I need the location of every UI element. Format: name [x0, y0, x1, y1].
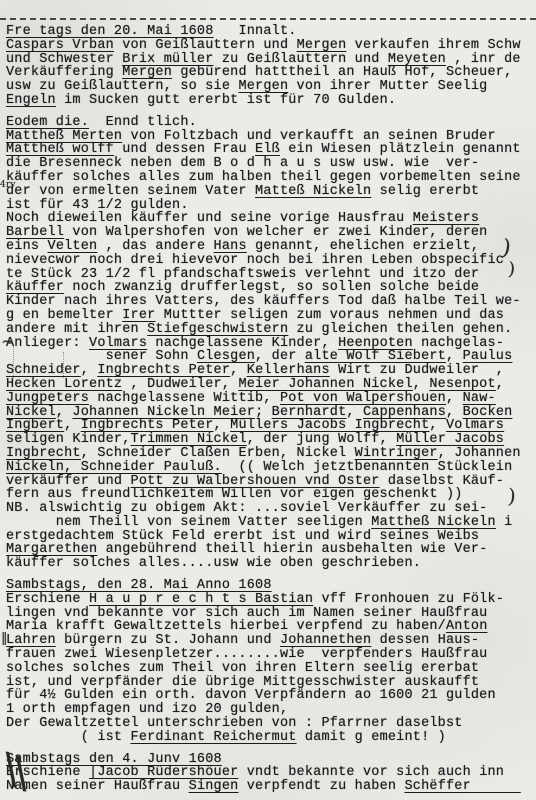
line-text: solches solches zum Theil von ihren Elte… — [6, 661, 479, 676]
underlined-name-text: Engeln — [6, 93, 56, 108]
line-text: verpfendt zu haben — [238, 779, 404, 794]
line-text: selig ererbt — [371, 184, 479, 199]
document-line: 1 orth empfagen und izo 20 gulden, — [6, 703, 536, 717]
line-text: nem Theill von seinem Vatter seeligen — [6, 515, 371, 530]
underlined-name-text: Velten — [48, 239, 98, 254]
underlined-name-text: Trimmen Nickel — [131, 432, 247, 447]
line-text: Erschiene — [6, 592, 89, 607]
line-text: , — [446, 391, 463, 406]
document-line: Eodem die. Ennd tlich. — [6, 116, 536, 130]
line-text: von Geißlauttern und — [114, 38, 297, 53]
document-line: ( ist Ferdinant Reichermut damit g emein… — [6, 731, 536, 745]
underlined-name-text: Mattheß Nickeln — [371, 515, 496, 530]
line-text: , — [496, 377, 504, 392]
line-text: NB. alswichtig zu obigem Akt: ...soviel … — [6, 501, 487, 516]
line-text: die Bresenneck neben dem B o d h a u s u… — [6, 156, 479, 171]
line-text: ( ist — [6, 730, 131, 745]
document-line: Barbell von Walpershofen von welcher er … — [6, 226, 536, 240]
line-text: damit g emeint! ) — [297, 730, 446, 745]
underlined-name-text: Schëffer — [404, 779, 520, 794]
document-line: käuffer solches alles zum halben theil g… — [6, 171, 536, 185]
line-text: vff Fronhouen zu Fölk- — [313, 592, 504, 607]
underlined-name-text: Stiefgeschwistern — [147, 322, 288, 337]
line-text: frauen zwei Wiesenpletzer........wie ver… — [6, 647, 487, 662]
line-text: Muttter seligen zum voraus nehmen und da… — [155, 308, 504, 323]
document-line: Hecken Lorentz , Dudweiler, Meier Johann… — [6, 378, 536, 392]
underlined-name-text: Pot von Walpershouen — [280, 391, 446, 406]
line-text: Innalt. — [214, 24, 297, 39]
line-text: verkaufen ihrem Schw — [346, 38, 520, 53]
document-line: Engeln im Sucken gutt ererbt ist für 70 … — [6, 94, 536, 108]
line-text: käuffer solches alles zum halben theil g… — [6, 170, 521, 185]
line-text: nievecwor noch drei hievevor noch bei ih… — [6, 253, 504, 268]
handwritten-margin-mark: 4rv — [0, 181, 16, 190]
underlined-name-text: Ferdinant Reichermut — [131, 730, 297, 745]
document-line: Ingbrecht, Schneider Claßen Erben, Nicke… — [6, 447, 536, 461]
line-text: Wirt zu Dudweiler , — [330, 363, 504, 378]
line-text: , der jung Wolff, — [247, 432, 396, 447]
line-text: i — [496, 515, 513, 530]
underlined-name-text: Mergen — [297, 38, 347, 53]
document-line: nievecwor noch drei hievevor noch bei ih… — [6, 254, 536, 268]
handwritten-margin-mark: ‖ — [1, 632, 8, 645]
underlined-name-text: Mergen — [238, 79, 288, 94]
line-text: Der Gewaltzettel unterschrieben von : Pf… — [6, 716, 463, 731]
underlined-name-text: Wintringer — [355, 446, 438, 461]
underlined-name-text: Kellerhans — [247, 363, 330, 378]
underlined-name-text: Sambstags, den 28. Mai Anno 1608 — [6, 578, 272, 593]
document-line: Namen seiner Haußfrau Singen verpfendt z… — [6, 780, 536, 794]
torn-edge-dashed-line — [0, 18, 536, 20]
underlined-name-text: Naw- — [463, 391, 496, 406]
line-text: g en bemelter — [6, 308, 122, 323]
line-text: usw zu Geißlauttern, so sie — [6, 79, 238, 94]
line-text: käuffer solches alles....usw wie oben ge… — [6, 556, 421, 571]
line-text: seligen Kinder, — [6, 432, 131, 447]
underlined-name-text: Ingbrecht — [6, 446, 81, 461]
document-line: NB. alswichtig zu obigem Akt: ...soviel … — [6, 502, 536, 516]
scan-artifact-dotted-line — [13, 346, 14, 378]
line-text: , Johannen — [438, 446, 521, 461]
underlined-name-text: Matteß Nickeln — [255, 184, 371, 199]
underlined-name-text: Fre tags den 20. Mai 1608 — [6, 24, 214, 39]
document-line: g en bemelter Irer Muttter seligen zum v… — [6, 309, 536, 323]
document-line: der von ermelten seinem Vater Matteß Nic… — [6, 185, 536, 199]
underlined-name-text: Hecken Lorentz — [6, 377, 122, 392]
scanned-document-page: Fre tags den 20. Mai 1608 Innalt.Caspars… — [0, 0, 536, 800]
underlined-name-text: Müller Jacobs — [396, 432, 504, 447]
underlined-name-text: Nickeln, Schneider Pauluß. — [6, 460, 222, 475]
line-text: Ennd tlich. — [89, 115, 197, 130]
document-line: Kinder nach ihres Vatters, des käuffers … — [6, 295, 536, 309]
document-line: Erschiene H a u p r e c h t s Bastian vf… — [6, 593, 536, 607]
document-line: Sambstags, den 28. Mai Anno 1608 — [6, 579, 536, 593]
scan-artifact-dotted-line — [63, 352, 64, 378]
line-text: 1 orth empfagen und izo 20 gulden, — [6, 702, 288, 717]
underlined-name-text: Schneider — [6, 363, 81, 378]
document-line: solches solches zum Theil von ihren Elte… — [6, 662, 536, 676]
line-text: andere mit ihren — [6, 322, 147, 337]
line-text: von ihrer Mutter Seelig — [288, 79, 487, 94]
line-text: , — [230, 363, 247, 378]
line-text: , das andere — [97, 239, 213, 254]
underlined-name-text: Eodem die. — [6, 115, 89, 130]
document-lines: Fre tags den 20. Mai 1608 Innalt.Caspars… — [6, 25, 536, 794]
document-line: frauen zwei Wiesenpletzer........wie ver… — [6, 648, 536, 662]
line-text: , Schneider Claßen Erben, Nickel — [81, 446, 355, 461]
underlined-name-text: Barbell — [6, 225, 64, 240]
underlined-name-text: H a u p r e c h t s Bastian — [89, 592, 313, 607]
line-text: genannt, ehelichen erzielt, — [247, 239, 479, 254]
line-text: Kinder nach ihres Vatters, des käuffers … — [6, 294, 521, 309]
document-line: usw zu Geißlauttern, so sie Mergen von i… — [6, 80, 536, 94]
line-text: eins — [6, 239, 48, 254]
document-line: seligen Kinder,Trimmen Nickel, der jung … — [6, 433, 536, 447]
underlined-name-text: Meier Johannen Nickel — [238, 377, 412, 392]
document-line: eins Velten , das andere Hans genannt, e… — [6, 240, 536, 254]
line-text: von Walpershofen von welcher er zwei Kin… — [64, 225, 487, 240]
underlined-name-text: Hans — [214, 239, 247, 254]
underlined-name-text: Singen — [189, 779, 239, 794]
document-line: nem Theill von seinem Vatter seeligen Ma… — [6, 516, 536, 530]
line-text: , Dudweiler, — [122, 377, 238, 392]
document-line: Caspars Vrban von Geißlauttern und Merge… — [6, 39, 536, 53]
document-line: käuffer solches alles....usw wie oben ge… — [6, 557, 536, 571]
line-text: (( Welch jetztbenannten Stücklein — [222, 460, 513, 475]
document-line: die Bresenneck neben dem B o d h a u s u… — [6, 157, 536, 171]
underlined-name-text: Caspars Vrban — [6, 38, 114, 53]
document-line: Nickeln, Schneider Pauluß. (( Welch jetz… — [6, 461, 536, 475]
line-text: zu gleichen theilen gehen. — [288, 322, 512, 337]
document-line: Fre tags den 20. Mai 1608 Innalt. — [6, 25, 536, 39]
underlined-name-text: Jungpeters — [6, 391, 89, 406]
document-line: Lahren bürgern zu St. Johann und Johanne… — [6, 634, 536, 648]
document-line: andere mit ihren Stiefgeschwistern zu gl… — [6, 323, 536, 337]
line-text: , — [413, 377, 430, 392]
underlined-name-text: Ingbrechts Peter — [97, 363, 230, 378]
underlined-name-text: Nesenpot — [429, 377, 495, 392]
document-line: Schneider, Ingbrechts Peter, Kellerhans … — [6, 364, 536, 378]
document-line: Jungpeters nachgelassene Wittib, Pot von… — [6, 392, 536, 406]
line-text: im Sucken gutt ererbt ist für 70 Gulden. — [56, 93, 396, 108]
line-text: nachgelassene Wittib, — [89, 391, 280, 406]
line-text: , — [81, 363, 98, 378]
document-line: Der Gewaltzettel unterschrieben von : Pf… — [6, 717, 536, 731]
line-text: der von ermelten seinem Vater — [6, 184, 255, 199]
underlined-name-text: Irer — [122, 308, 155, 323]
line-text: Namen seiner Haußfrau — [6, 779, 189, 794]
